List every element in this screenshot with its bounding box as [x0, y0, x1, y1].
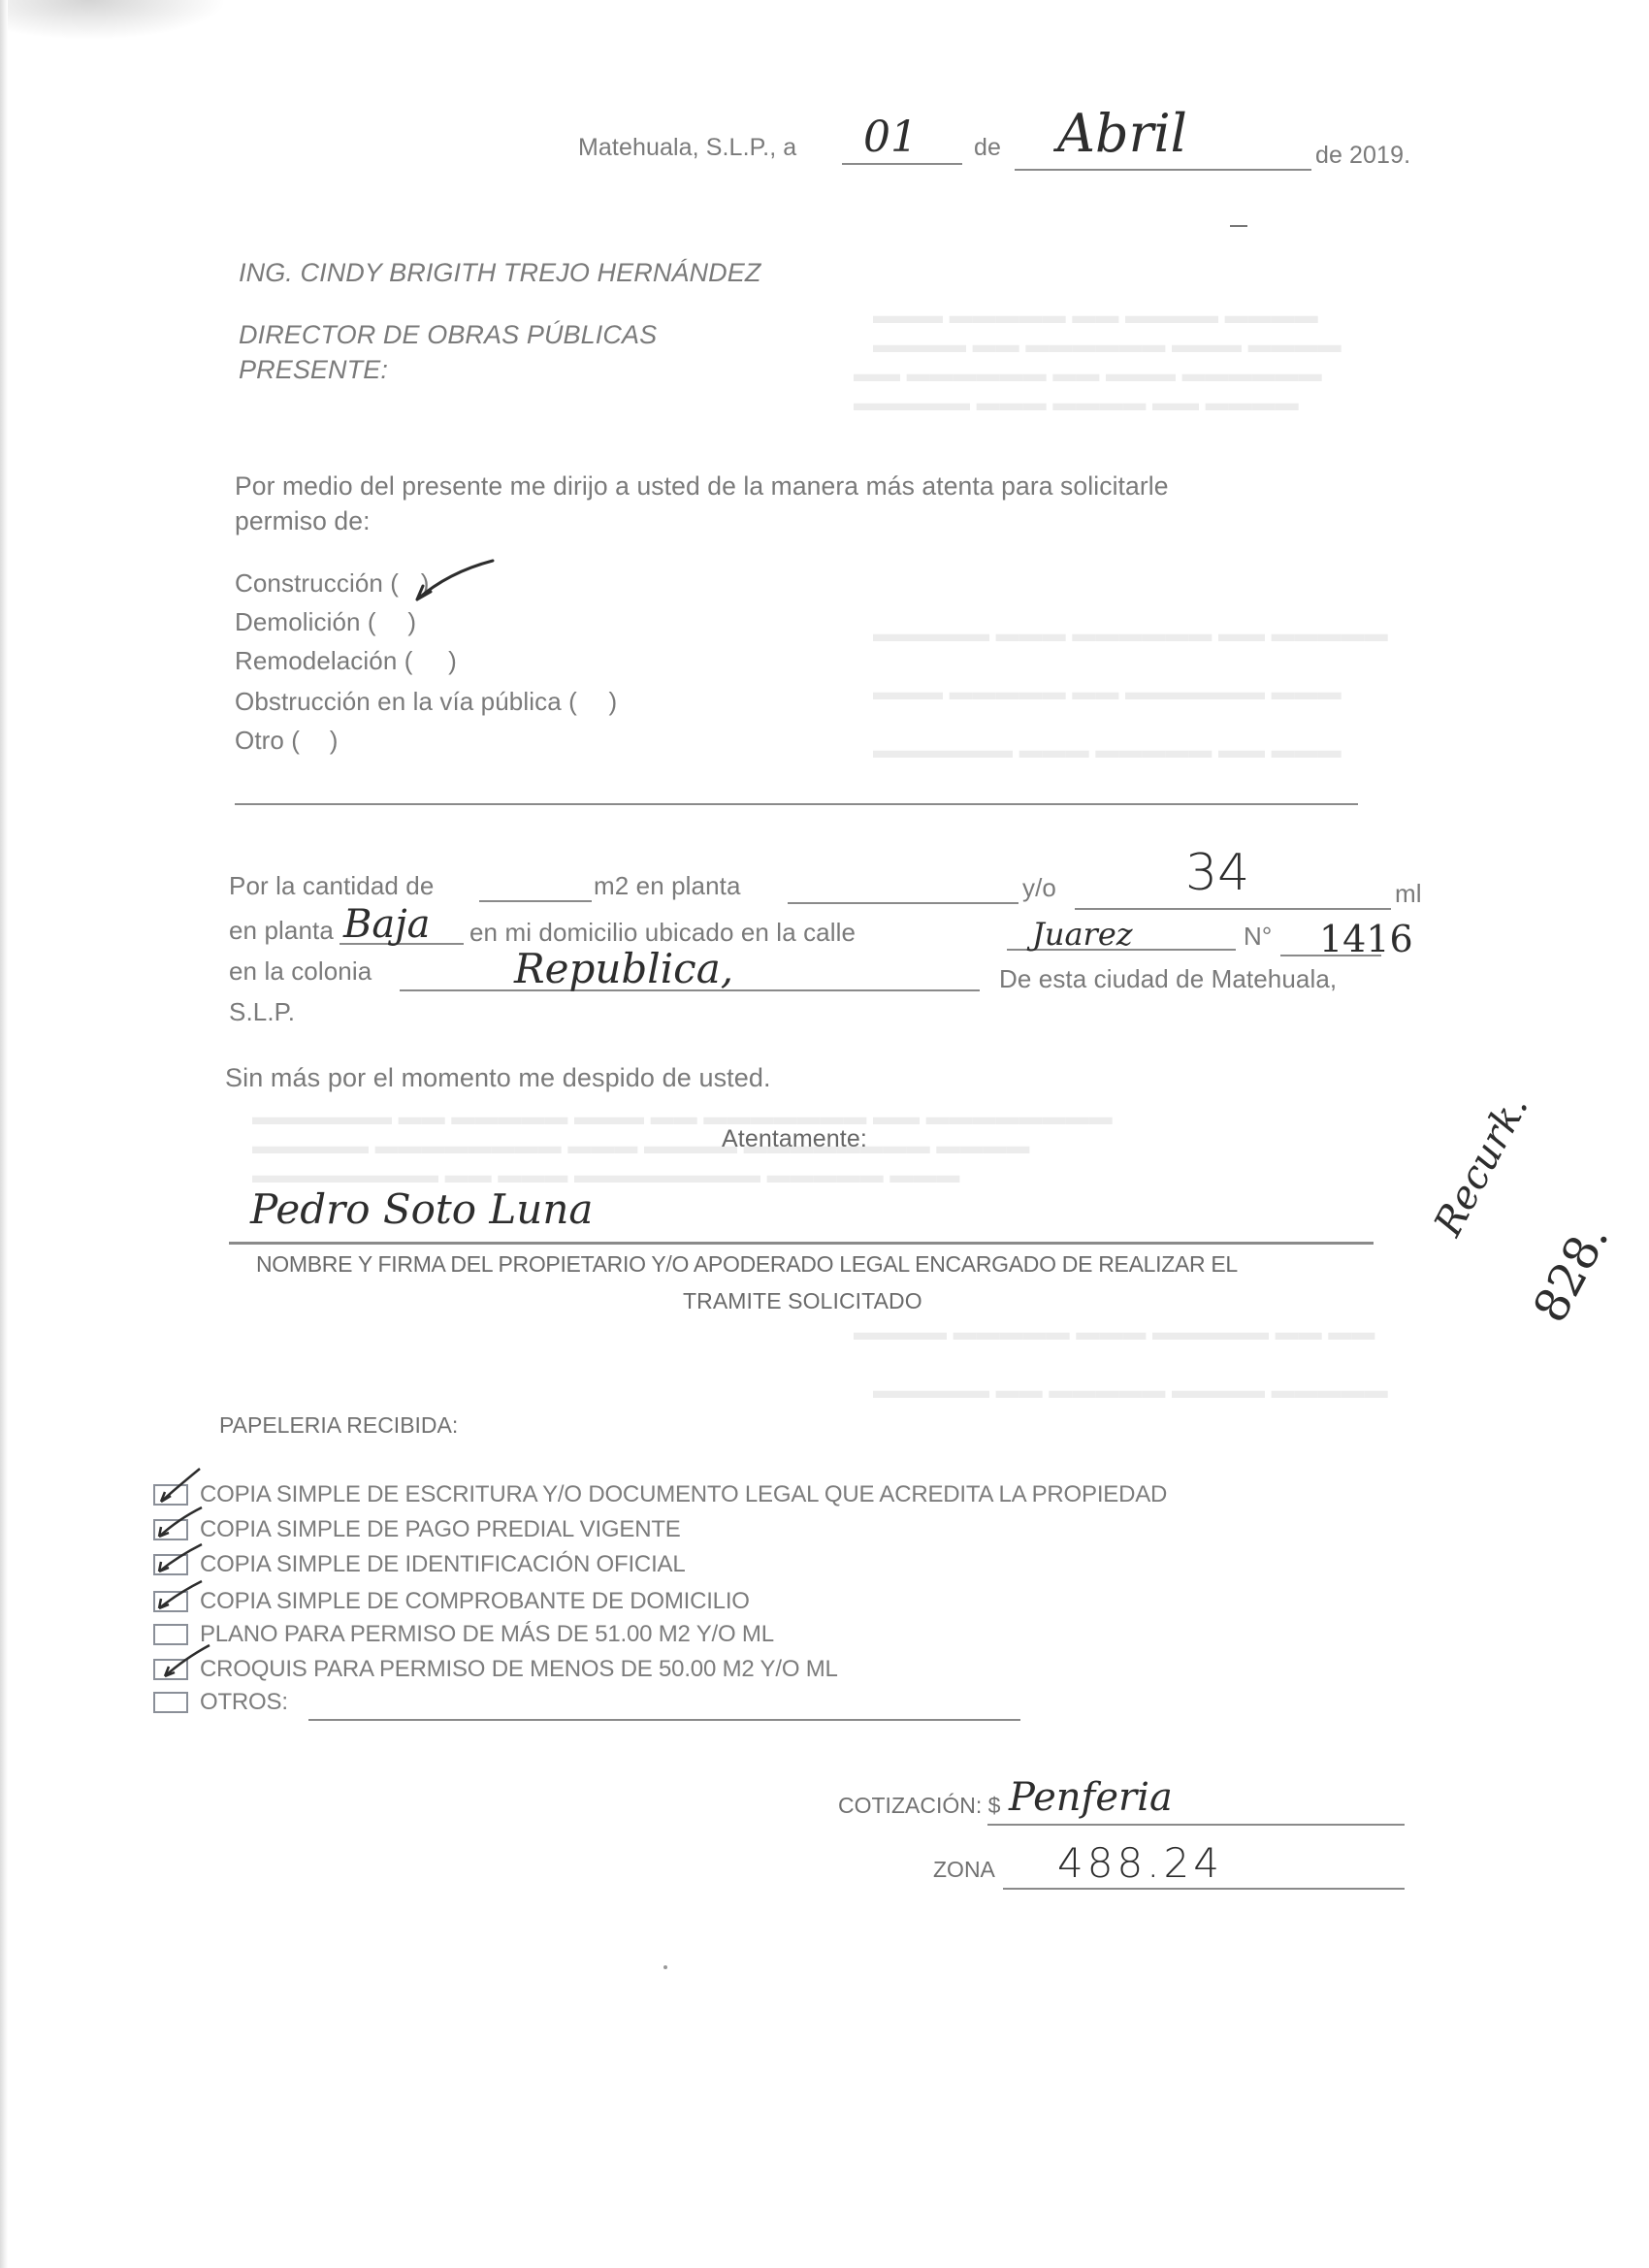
planta-m2-field[interactable]: [788, 902, 1018, 904]
ml-label: ml: [1395, 879, 1422, 909]
permit-option-close: ): [448, 646, 457, 675]
scan-shadow: [0, 0, 223, 39]
bleed-through-text: ▬▬▬▬▬▬ ▬▬▬ ▬▬▬▬▬ ▬▬ ▬▬▬: [873, 737, 1342, 764]
zona-field[interactable]: 488.24: [1057, 1839, 1223, 1887]
ml-field[interactable]: 34: [1185, 844, 1249, 902]
intro-line-1: Por medio del presente me dirijo a usted…: [235, 471, 1169, 502]
doc-checkbox-domicilio[interactable]: COPIA SIMPLE DE COMPROBANTE DE DOMICILIO: [153, 1585, 750, 1618]
margin-note-line-1: Recurk.: [1426, 1086, 1537, 1243]
bleed-through-text: ▬▬▬▬ ▬▬ ▬▬▬▬▬▬ ▬▬▬ ▬▬▬▬: [873, 332, 1342, 359]
cotizacion-field-line: [987, 1824, 1405, 1826]
m2-planta-label: m2 en planta: [594, 871, 741, 901]
doc-checkbox-otros[interactable]: OTROS:: [153, 1686, 288, 1719]
en-planta-label: en planta: [229, 916, 334, 946]
doc-checkbox-plano[interactable]: PLANO PARA PERMISO DE MÁS DE 51.00 M2 Y/…: [153, 1618, 774, 1651]
permit-option-label: Otro (: [235, 726, 300, 755]
bleed-through-text: ▬▬▬▬▬▬ ▬▬ ▬▬▬▬▬ ▬▬▬ ▬▬ ▬▬▬▬▬▬▬ ▬▬ ▬▬▬▬▬▬…: [252, 1104, 1113, 1131]
farewell-text: Sin más por el momento me despido de ust…: [225, 1063, 771, 1093]
addressee-title: DIRECTOR DE OBRAS PÚBLICAS: [239, 320, 657, 350]
checkbox[interactable]: [153, 1591, 188, 1612]
bleed-through-text: ▬▬▬▬▬ ▬▬▬▬▬▬▬▬ ▬▬▬ ▬▬▬▬ ▬▬▬▬▬▬▬▬ ▬▬▬▬: [252, 1133, 1029, 1160]
bleed-through-text: ▬▬▬▬▬ ▬▬▬ ▬▬▬▬▬▬ ▬▬ ▬▬▬▬▬: [873, 621, 1388, 648]
bleed-through-text: ▬▬▬ ▬▬▬▬▬ ▬▬ ▬▬▬▬ ▬▬▬▬: [873, 303, 1318, 330]
domicilio-label: en mi domicilio ubicado en la calle: [469, 918, 856, 948]
colonia-field[interactable]: Republica,: [514, 945, 733, 992]
zona-field-line: [1003, 1888, 1405, 1890]
signature-caption-2: TRAMITE SOLICITADO: [683, 1288, 922, 1314]
year-suffix: de 2019.: [1315, 142, 1410, 170]
bleed-through-text: ▬▬ ▬▬▬▬▬▬ ▬▬ ▬▬▬ ▬▬▬▬▬▬: [854, 361, 1322, 388]
day-field-line: [842, 163, 962, 165]
checkbox[interactable]: [153, 1659, 188, 1680]
signature-caption-1: NOMBRE Y FIRMA DEL PROPIETARIO Y/O APODE…: [256, 1251, 1238, 1278]
ciudad-label: De esta ciudad de Matehuala,: [999, 964, 1337, 994]
check-mark-icon: [409, 557, 497, 609]
permit-option-close: ): [609, 687, 618, 716]
ml-field-line: [1075, 908, 1391, 910]
doc-label: COPIA SIMPLE DE IDENTIFICACIÓN OFICIAL: [200, 1551, 686, 1578]
checkbox[interactable]: [153, 1692, 188, 1713]
papeleria-title: PAPELERIA RECIBIDA:: [219, 1412, 458, 1439]
doc-label: COPIA SIMPLE DE ESCRITURA Y/O DOCUMENTO …: [200, 1481, 1167, 1508]
scan-left-edge: [0, 0, 8, 2268]
doc-checkbox-identificacion[interactable]: COPIA SIMPLE DE IDENTIFICACIÓN OFICIAL: [153, 1548, 686, 1581]
zona-label: ZONA: [933, 1857, 995, 1883]
check-mark-icon: [151, 1539, 210, 1577]
doc-checkbox-croquis[interactable]: CROQUIS PARA PERMISO DE MENOS DE 50.00 M…: [153, 1653, 838, 1686]
bleed-through-text: ▬▬▬▬▬ ▬▬ ▬▬▬▬▬ ▬▬▬▬ ▬▬▬▬▬: [873, 1377, 1388, 1405]
permit-option-label: Remodelación (: [235, 646, 413, 675]
checkbox[interactable]: [153, 1624, 188, 1645]
check-mark-icon: [151, 1504, 210, 1542]
margin-note-line-2: 828.: [1523, 1215, 1620, 1332]
permit-option-label: Construcción (: [235, 568, 399, 598]
doc-checkbox-predial[interactable]: COPIA SIMPLE DE PAGO PREDIAL VIGENTE: [153, 1513, 681, 1546]
day-field[interactable]: 01: [863, 113, 918, 162]
permit-option-remodelacion[interactable]: Remodelación ( ): [235, 646, 457, 676]
atentamente-label: Atentamente:: [722, 1125, 867, 1153]
planta-field[interactable]: Baja: [343, 902, 431, 947]
permit-option-close: ): [330, 726, 339, 755]
permit-option-obstruccion[interactable]: Obstrucción en la vía pública ( ): [235, 687, 617, 717]
calle-field[interactable]: Juarez: [1032, 916, 1133, 953]
scan-speck: [663, 1965, 667, 1969]
de-label: de: [974, 134, 1001, 162]
checkbox[interactable]: [153, 1484, 188, 1506]
presente-label: PRESENTE:: [239, 355, 388, 385]
cotizacion-field[interactable]: Penferia: [1009, 1775, 1173, 1820]
signature-line: [229, 1242, 1374, 1245]
month-field-line: [1015, 169, 1311, 171]
owner-signature[interactable]: Pedro Soto Luna: [250, 1185, 593, 1233]
dash-mark: [1230, 225, 1247, 227]
doc-label: OTROS:: [200, 1689, 288, 1716]
check-mark-icon: [151, 1575, 210, 1614]
place-prefix: Matehuala, S.L.P., a: [578, 134, 796, 162]
bleed-through-text: ▬▬▬▬ ▬▬▬▬▬ ▬▬▬ ▬▬▬▬▬ ▬▬ ▬▬: [854, 1319, 1374, 1346]
bleed-through-text: ▬▬▬▬▬ ▬▬▬ ▬▬▬▬ ▬▬ ▬▬▬▬: [854, 390, 1299, 417]
check-mark-icon: [151, 1643, 219, 1682]
checkbox[interactable]: [153, 1519, 188, 1540]
cotizacion-label: COTIZACIÓN: $: [838, 1793, 1000, 1819]
slp-label: S.L.P.: [229, 997, 295, 1027]
doc-label: PLANO PARA PERMISO DE MÁS DE 51.00 M2 Y/…: [200, 1621, 774, 1648]
doc-checkbox-escritura[interactable]: COPIA SIMPLE DE ESCRITURA Y/O DOCUMENTO …: [153, 1478, 1167, 1511]
intro-line-2: permiso de:: [235, 506, 371, 536]
numero-field[interactable]: 1416: [1319, 918, 1413, 960]
m2-field[interactable]: [479, 900, 592, 902]
doc-label: COPIA SIMPLE DE PAGO PREDIAL VIGENTE: [200, 1516, 681, 1543]
colonia-label: en la colonia: [229, 956, 372, 987]
otro-description-line[interactable]: [235, 803, 1358, 805]
permit-option-demolicion[interactable]: Demolición ( ): [235, 607, 416, 637]
numero-label: N°: [1244, 922, 1272, 952]
addressee-name: ING. CINDY BRIGITH TREJO HERNÁNDEZ: [239, 258, 760, 288]
permit-option-otro[interactable]: Otro ( ): [235, 726, 338, 756]
permit-option-construccion[interactable]: Construcción ( ): [235, 568, 429, 599]
cantidad-label: Por la cantidad de: [229, 871, 434, 901]
checkbox[interactable]: [153, 1554, 188, 1575]
bleed-through-text: ▬▬▬ ▬▬▬▬▬ ▬▬ ▬▬▬▬▬▬ ▬▬▬: [873, 679, 1342, 706]
month-field[interactable]: Abril: [1057, 103, 1187, 164]
doc-label: CROQUIS PARA PERMISO DE MENOS DE 50.00 M…: [200, 1656, 838, 1683]
otros-field[interactable]: [308, 1719, 1020, 1721]
doc-label: COPIA SIMPLE DE COMPROBANTE DE DOMICILIO: [200, 1588, 750, 1615]
yo-label: y/o: [1022, 873, 1056, 903]
check-mark-icon: [151, 1469, 210, 1507]
permit-option-close: ): [407, 607, 416, 636]
permit-option-label: Obstrucción en la vía pública (: [235, 687, 577, 716]
permit-option-label: Demolición (: [235, 607, 376, 636]
